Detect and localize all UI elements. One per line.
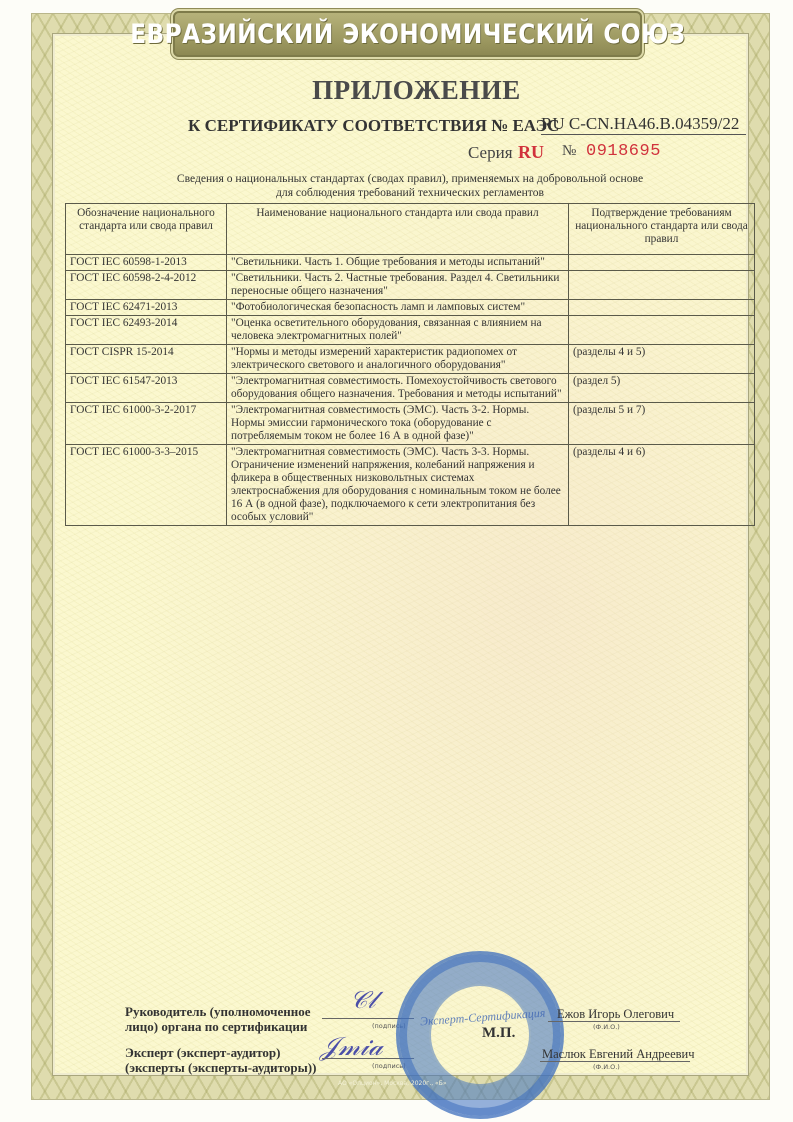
table-row: ГОСТ IEC 60598-1-2013"Светильники. Часть… — [66, 255, 755, 271]
seal-stamp — [396, 951, 564, 1119]
standard-name-cell: "Светильники. Часть 2. Частные требовани… — [227, 271, 569, 300]
expert-label-line-2: (эксперты (эксперты-аудиторы)) — [125, 1060, 316, 1075]
standard-code-cell: ГОСТ IEC 61547-2013 — [66, 374, 227, 403]
table-row: ГОСТ IEC 62471-2013"Фотобиологическая бе… — [66, 300, 755, 316]
head-label-line-1: Руководитель (уполномоченное — [125, 1004, 311, 1019]
standard-name-cell: "Светильники. Часть 1. Общие требования … — [227, 255, 569, 271]
standard-name-cell: "Электромагнитная совместимость (ЭМС). Ч… — [227, 445, 569, 526]
confirmation-cell — [569, 271, 755, 300]
standard-code-cell: ГОСТ CISPR 15-2014 — [66, 345, 227, 374]
standard-code-cell: ГОСТ IEC 60598-1-2013 — [66, 255, 227, 271]
union-banner: ЕВРАЗИЙСКИЙ ЭКОНОМИЧЕСКИЙ СОЮЗ — [173, 11, 642, 57]
standard-code-cell: ГОСТ IEC 61000-3-2-2017 — [66, 403, 227, 445]
confirmation-cell: (разделы 4 и 6) — [569, 445, 755, 526]
column-header-confirmation: Подтверждение требованиям национального … — [569, 204, 755, 255]
blank-number: 0918695 — [586, 142, 661, 161]
table-row: ГОСТ CISPR 15-2014"Нормы и методы измере… — [66, 345, 755, 374]
head-label-line-2: лицо) органа по сертификации — [125, 1019, 311, 1034]
table-row: ГОСТ IEC 61000-3-3–2015"Электромагнитная… — [66, 445, 755, 526]
standard-name-cell: "Оценка осветительного оборудования, свя… — [227, 316, 569, 345]
head-name: Ежов Игорь Олегович — [557, 1007, 674, 1022]
head-name-caption: (Ф.И.О.) — [593, 1023, 620, 1031]
standard-code-cell: ГОСТ IEC 62493-2014 — [66, 316, 227, 345]
standard-name-cell: "Электромагнитная совместимость (ЭМС). Ч… — [227, 403, 569, 445]
table-row: ГОСТ IEC 61547-2013"Электромагнитная сов… — [66, 374, 755, 403]
confirmation-cell — [569, 316, 755, 345]
intro-text: Сведения о национальных стандартах (свод… — [100, 172, 720, 200]
series-label: Серия — [468, 143, 513, 163]
column-header-name: Наименование национального стандарта или… — [227, 204, 569, 255]
expert-name: Маслюк Евгений Андреевич — [542, 1047, 695, 1062]
expert-label: Эксперт (эксперт-аудитор) (эксперты (экс… — [125, 1045, 316, 1075]
expert-name-line — [540, 1061, 690, 1062]
table-row: ГОСТ IEC 60598-2-4-2012"Светильники. Час… — [66, 271, 755, 300]
confirmation-cell: (раздел 5) — [569, 374, 755, 403]
head-signature: 𝒞𝓁 — [350, 986, 375, 1014]
table-row: ГОСТ IEC 61000-3-2-2017"Электромагнитная… — [66, 403, 755, 445]
confirmation-cell — [569, 255, 755, 271]
confirmation-cell: (разделы 5 и 7) — [569, 403, 755, 445]
certificate-number: RU C-CN.НА46.В.04359/22 — [541, 114, 746, 135]
standard-code-cell: ГОСТ IEC 60598-2-4-2012 — [66, 271, 227, 300]
printer-imprint: АО «Опцион», Москва, 2020г., «Б» — [338, 1080, 447, 1087]
expert-name-caption: (Ф.И.О.) — [593, 1063, 620, 1071]
standards-table: Обозначение национального стандарта или … — [65, 203, 755, 526]
head-name-line — [548, 1021, 680, 1022]
standard-name-cell: "Нормы и методы измерений характеристик … — [227, 345, 569, 374]
intro-line-1: Сведения о национальных стандартах (свод… — [100, 172, 720, 186]
standard-code-cell: ГОСТ IEC 62471-2013 — [66, 300, 227, 316]
column-header-code: Обозначение национального стандарта или … — [66, 204, 227, 255]
standard-code-cell: ГОСТ IEC 61000-3-3–2015 — [66, 445, 227, 526]
page-title: ПРИЛОЖЕНИЕ — [0, 75, 793, 106]
expert-label-line-1: Эксперт (эксперт-аудитор) — [125, 1045, 316, 1060]
standard-name-cell: "Фотобиологическая безопасность ламп и л… — [227, 300, 569, 316]
head-label: Руководитель (уполномоченное лицо) орган… — [125, 1004, 311, 1034]
confirmation-cell: (разделы 4 и 5) — [569, 345, 755, 374]
table-row: ГОСТ IEC 62493-2014"Оценка осветительног… — [66, 316, 755, 345]
union-banner-text: ЕВРАЗИЙСКИЙ ЭКОНОМИЧЕСКИЙ СОЮЗ — [130, 19, 685, 50]
confirmation-cell — [569, 300, 755, 316]
seal-label: М.П. — [482, 1025, 515, 1042]
intro-line-2: для соблюдения требований технических ре… — [100, 186, 720, 200]
standard-name-cell: "Электромагнитная совместимость. Помехоу… — [227, 374, 569, 403]
table-header-row: Обозначение национального стандарта или … — [66, 204, 755, 255]
series-value: RU — [518, 142, 544, 163]
certificate-label: К СЕРТИФИКАТУ СООТВЕТСТВИЯ № ЕАЭС — [188, 116, 559, 136]
number-label: № — [562, 143, 576, 160]
